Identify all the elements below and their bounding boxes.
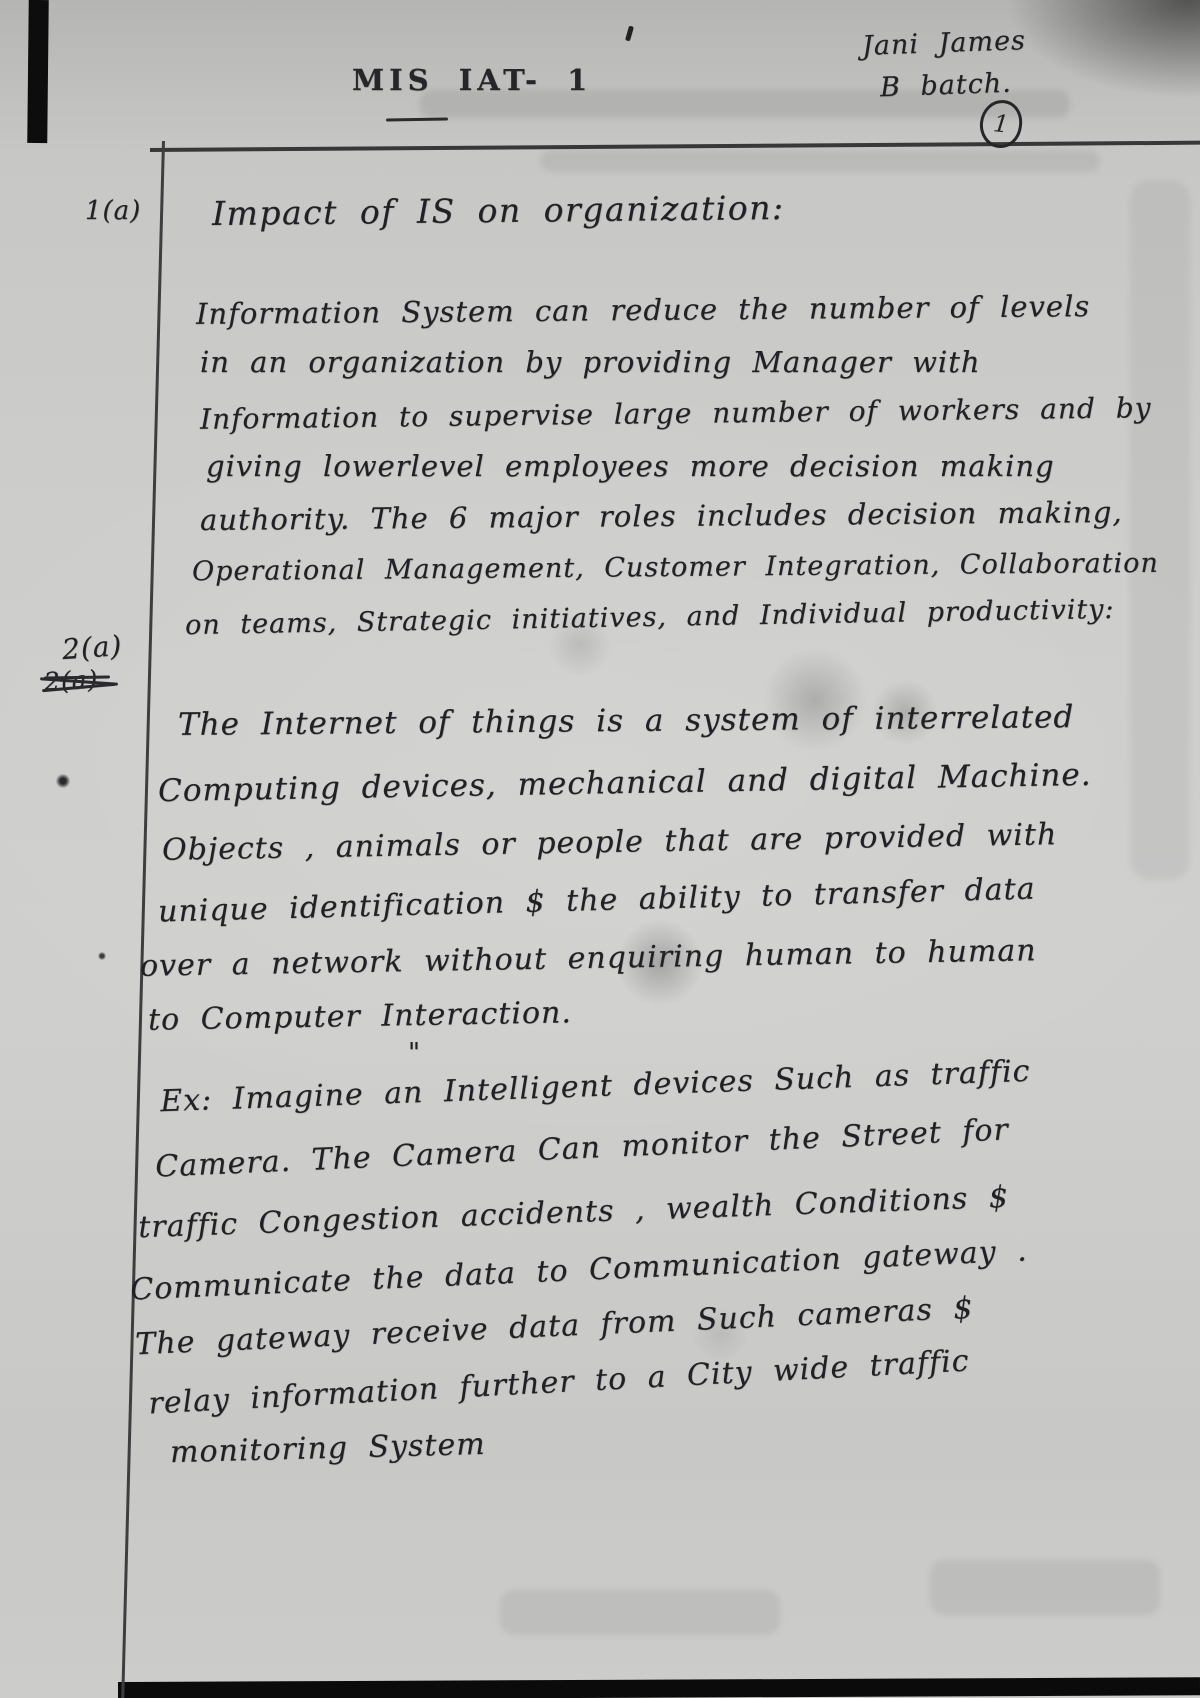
handwritten-line: traffic Congestion accidents , wealth Co… xyxy=(138,1183,1010,1243)
scribble-strike xyxy=(44,675,110,679)
handwritten-line: in an organization by providing Manager … xyxy=(200,348,981,377)
question-1a-heading: Impact of IS on organization: xyxy=(212,191,785,230)
handwritten-line: to Computer Interaction. xyxy=(148,998,572,1035)
handwritten-line: Operational Management, Customer Integra… xyxy=(192,550,1159,585)
scanned-page: MIS IAT- 1 Jani James B batch. 1 1(a) Im… xyxy=(0,0,1200,1698)
ink-dot-mark xyxy=(98,952,106,960)
handwritten-line: relay information further to a City wide… xyxy=(148,1347,970,1420)
scan-top-mark xyxy=(625,26,634,42)
student-name: Jani James xyxy=(862,27,1027,60)
page-number: 1 xyxy=(992,109,1010,138)
handwritten-line: Computing devices, mechanical and digita… xyxy=(158,760,1092,807)
handwritten-line: The Internet of things is a system of in… xyxy=(178,702,1075,741)
page-title: MIS IAT- 1 xyxy=(352,66,592,95)
ghost-showthrough-text xyxy=(930,1560,1160,1615)
student-batch: B batch. xyxy=(880,70,1013,102)
handwritten-line: unique identification $ the ability to t… xyxy=(158,875,1036,928)
handwritten-line: Information to supervise large number of… xyxy=(200,394,1152,434)
ditto-mark: " xyxy=(408,1040,421,1066)
ghost-showthrough-text xyxy=(500,1590,780,1635)
ink-dot-mark xyxy=(56,774,70,788)
handwritten-line: Ex: Imagine an Intelligent devices Such … xyxy=(160,1057,1031,1117)
title-underline xyxy=(386,117,448,121)
scan-edge-bottom-strip xyxy=(118,1677,1200,1698)
handwritten-line: over a network without enquiring human t… xyxy=(140,936,1037,982)
header-rule-line xyxy=(150,141,1200,152)
handwritten-line: Information System can reduce the number… xyxy=(196,292,1090,329)
question-label-2a: 2(a) xyxy=(61,632,123,664)
handwritten-line: Objects , animals or people that are pro… xyxy=(162,820,1058,866)
ghost-showthrough-text xyxy=(540,150,1100,172)
scan-edge-left-strip xyxy=(27,0,48,143)
handwritten-line: monitoring System xyxy=(170,1430,486,1468)
handwritten-line: Camera. The Camera Can monitor the Stree… xyxy=(155,1115,1010,1182)
handwritten-line: authority. The 6 major roles includes de… xyxy=(200,498,1123,535)
question-label-1a: 1(a) xyxy=(85,198,141,224)
handwritten-line: on teams, Strategic initiatives, and Ind… xyxy=(185,596,1115,639)
handwritten-line: giving lowerlevel employees more decisio… xyxy=(206,452,1055,481)
ghost-showthrough-text xyxy=(1130,180,1190,880)
